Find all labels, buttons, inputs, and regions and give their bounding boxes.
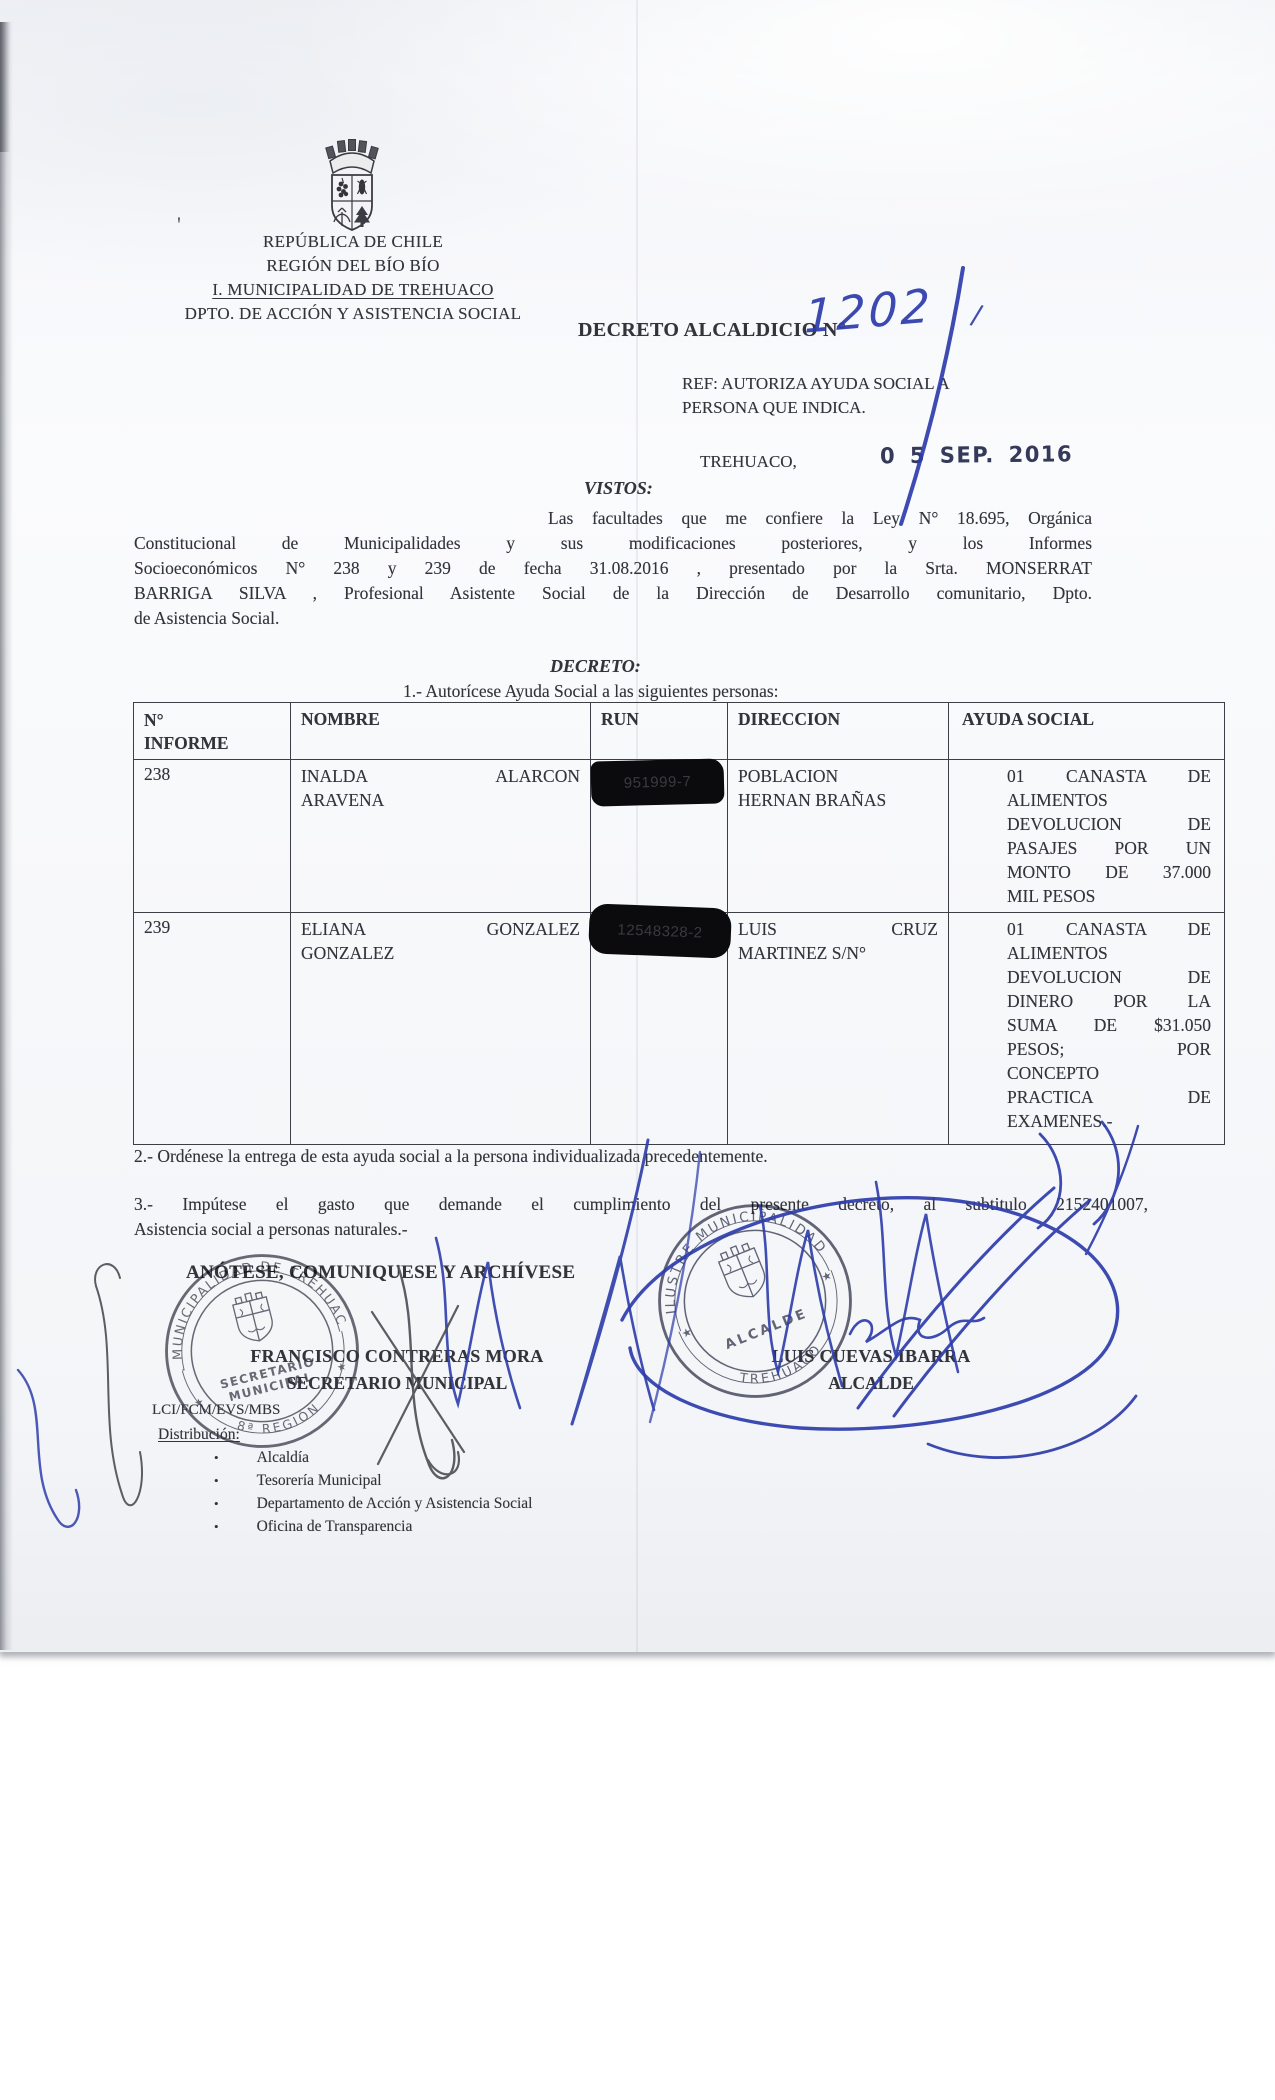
- nombre-line: ARAVENA: [301, 788, 580, 812]
- distribution-item-label: Alcaldía: [257, 1446, 310, 1469]
- alcalde-signature-block: LUIS CUEVAS IBARRA ALCALDE: [690, 1342, 1052, 1396]
- col-header-informe: N° INFORME: [134, 703, 291, 760]
- distribution-item-label: Oficina de Transparencia: [257, 1515, 413, 1538]
- bullet-icon: •: [214, 1446, 219, 1469]
- secretario-name: FRANCISCO CONTRERAS MORA: [216, 1342, 578, 1370]
- ayuda-line: PRACTICA DE: [1007, 1085, 1211, 1109]
- drafting-initials: LCI/FCM/EVS/MBS: [152, 1402, 280, 1419]
- ayuda-line: DEVOLUCION DE: [1007, 965, 1211, 989]
- cell-nombre: ELIANA GONZALEZ GONZALEZ: [291, 913, 591, 1145]
- list-item: •Departamento de Acción y Asistencia Soc…: [214, 1492, 532, 1515]
- letterhead-department: DPTO. DE ACCIÓN Y ASISTENCIA SOCIAL: [127, 302, 579, 326]
- cell-informe: 239: [134, 913, 291, 1145]
- alcalde-name: LUIS CUEVAS IBARRA: [690, 1342, 1052, 1370]
- run-partial-digits: 951999-7: [624, 773, 692, 792]
- decreto-item-2: 2.- Ordénese la entrega de esta ayuda so…: [134, 1146, 768, 1167]
- ayuda-line: ALIMENTOS: [1007, 941, 1211, 965]
- cell-ayuda: 01 CANASTA DE ALIMENTOS DEVOLUCION DE DI…: [949, 913, 1225, 1145]
- list-item: •Oficina de Transparencia: [214, 1515, 532, 1538]
- table-header-row: N° INFORME NOMBRE RUN DIRECCION AYUDA SO…: [134, 703, 1225, 760]
- direccion-line: HERNAN BRAÑAS: [738, 788, 938, 812]
- vistos-line: BARRIGA SILVA , Profesional Asistente So…: [134, 581, 1092, 606]
- run-partial-digits: 12548328-2: [617, 921, 703, 941]
- ayuda-line: 01 CANASTA DE: [1007, 917, 1211, 941]
- col-header-direccion: DIRECCION: [728, 703, 949, 760]
- star-icon: ★: [819, 1268, 834, 1285]
- bullet-icon: •: [214, 1515, 219, 1538]
- secretario-signature-block: FRANCISCO CONTRERAS MORA SECRETARIO MUNI…: [216, 1342, 578, 1396]
- run-redaction-box: 951999-7: [590, 758, 724, 806]
- decreto-heading: DECRETO:: [550, 656, 641, 677]
- cell-direccion: LUIS CRUZ MARTINEZ S/N°: [728, 913, 949, 1145]
- vistos-line: Las facultades que me confiere la Ley N°…: [134, 506, 1092, 531]
- col-header-ayuda: AYUDA SOCIAL: [949, 703, 1225, 760]
- ayuda-line: ALIMENTOS: [1007, 788, 1211, 812]
- municipal-coat-of-arms: [320, 134, 384, 234]
- distribution-list: •Alcaldía •Tesorería Municipal •Departam…: [214, 1446, 532, 1538]
- distribution-item-label: Departamento de Acción y Asistencia Soci…: [257, 1492, 533, 1515]
- ayuda-line: SUMA DE $31.050: [1007, 1013, 1211, 1037]
- dateline-place: TREHUACO,: [700, 452, 797, 472]
- ayuda-line: DINERO POR LA: [1007, 989, 1211, 1013]
- alcalde-title: ALCALDE: [690, 1370, 1052, 1396]
- letterhead-region: REGIÓN DEL BÍO BÍO: [127, 254, 579, 278]
- item3-line: Asistencia social a personas naturales.-: [134, 1217, 1148, 1242]
- letterhead-country: REPÚBLICA DE CHILE: [127, 230, 579, 254]
- cell-ayuda: 01 CANASTA DE ALIMENTOS DEVOLUCION DE PA…: [949, 760, 1225, 913]
- vistos-line: de Asistencia Social.: [134, 606, 1092, 631]
- vistos-heading: VISTOS:: [584, 478, 653, 499]
- col-header-nombre: NOMBRE: [291, 703, 591, 760]
- bullet-icon: •: [214, 1492, 219, 1515]
- ayuda-line: 01 CANASTA DE: [1007, 764, 1211, 788]
- nombre-line: GONZALEZ: [301, 941, 580, 965]
- direccion-line: MARTINEZ S/N°: [738, 941, 938, 965]
- ref-line-2: PERSONA QUE INDICA.: [682, 396, 950, 420]
- handwritten-slash: /: [968, 299, 984, 331]
- cell-nombre: INALDA ALARCON ARAVENA: [291, 760, 591, 913]
- svg-text:ILUSTRE MUNICIPALIDAD: ILUSTRE MUNICIPALIDAD: [650, 1196, 831, 1319]
- cell-direccion: POBLACION HERNAN BRAÑAS: [728, 760, 949, 913]
- ayuda-line: EXAMENES.-: [1007, 1109, 1211, 1133]
- margin-ink-scrawl: [18, 1370, 79, 1527]
- ayuda-line: PASAJES POR UN: [1007, 836, 1211, 860]
- ayuda-line: MIL PESOS: [1007, 884, 1211, 908]
- distribution-heading: Distribución:: [158, 1426, 240, 1444]
- direccion-line: LUIS CRUZ: [738, 917, 938, 941]
- nombre-line: ELIANA GONZALEZ: [301, 917, 580, 941]
- decreto-item-3: 3.- Impútese el gasto que demande el cum…: [134, 1192, 1148, 1242]
- scan-left-edge-shadow: [0, 22, 13, 1650]
- list-item: •Alcaldía: [214, 1446, 532, 1469]
- handwritten-decree-number: 1202: [804, 278, 934, 344]
- date-stamp: 0 5 SEP. 2016: [880, 441, 1073, 468]
- item3-line: 3.- Impútese el gasto que demande el cum…: [134, 1192, 1148, 1217]
- letterhead: REPÚBLICA DE CHILE REGIÓN DEL BÍO BÍO I.…: [127, 230, 579, 326]
- vistos-line: Socioeconómicos N° 238 y 239 de fecha 31…: [134, 556, 1092, 581]
- ref-block: REF: AUTORIZA AYUDA SOCIAL A PERSONA QUE…: [682, 372, 950, 420]
- col-header-run: RUN: [591, 703, 728, 760]
- bullet-icon: •: [214, 1469, 219, 1492]
- letterhead-municipality: I. MUNICIPALIDAD DE TREHUACO: [127, 278, 579, 302]
- run-redaction-box: 12548328-2: [588, 903, 732, 958]
- decreto-item-1: 1.- Autorícese Ayuda Social a las siguie…: [403, 681, 779, 702]
- vistos-paragraph: Las facultades que me confiere la Ley N°…: [134, 506, 1092, 631]
- scanned-page: ' REPÚBLICA DE CHILE REGIÓN DEL BÍO BÍO …: [0, 0, 1275, 1652]
- secretario-title: SECRETARIO MUNICIPAL: [216, 1370, 578, 1396]
- stamp-arc-text: ILUSTRE MUNICIPALIDAD: [650, 1196, 831, 1319]
- ayuda-line: CONCEPTO: [1007, 1061, 1211, 1085]
- list-item: •Tesorería Municipal: [214, 1469, 532, 1492]
- distribution-item-label: Tesorería Municipal: [257, 1469, 382, 1492]
- ayuda-line: PESOS; POR: [1007, 1037, 1211, 1061]
- ayuda-line: MONTO DE 37.000: [1007, 860, 1211, 884]
- direccion-line: POBLACION: [738, 764, 938, 788]
- ayuda-line: DEVOLUCION DE: [1007, 812, 1211, 836]
- scan-corner-shadow: [0, 22, 10, 152]
- vistos-line: Constitucional de Municipalidades y sus …: [134, 531, 1092, 556]
- nombre-line: INALDA ALARCON: [301, 764, 580, 788]
- cell-informe: 238: [134, 760, 291, 913]
- ref-line-1: REF: AUTORIZA AYUDA SOCIAL A: [682, 372, 950, 396]
